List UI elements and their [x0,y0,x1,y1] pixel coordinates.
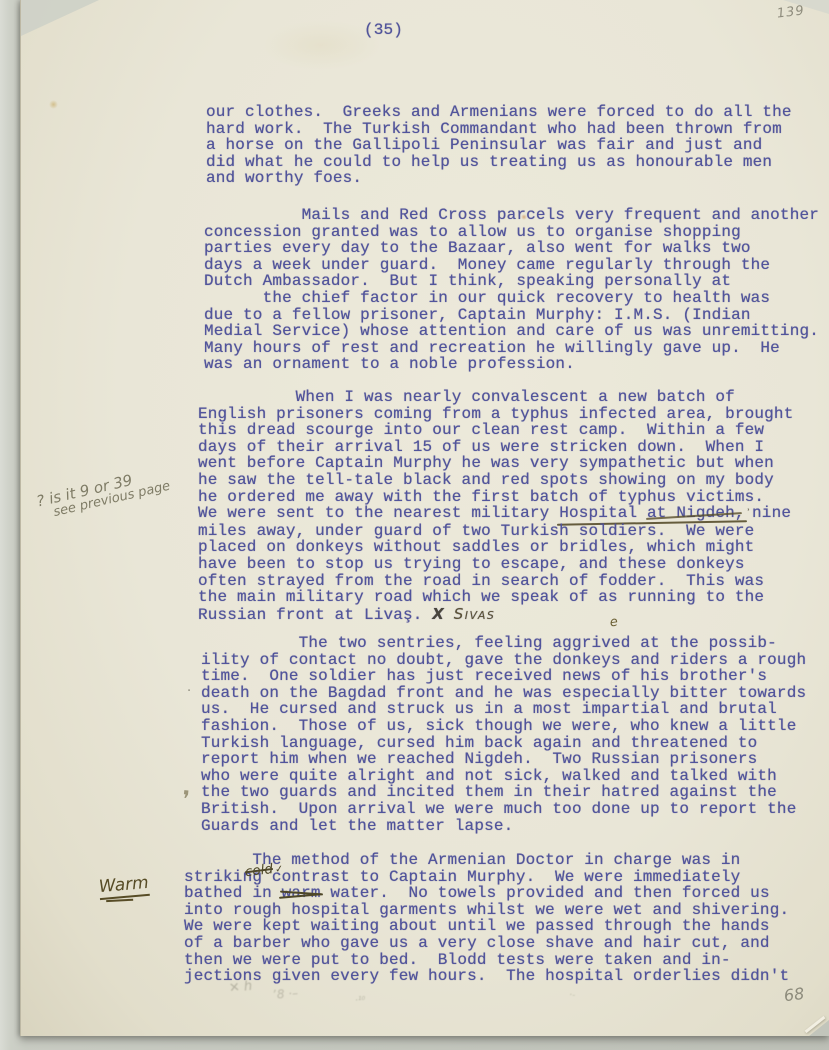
typescript-line: have been to stop us trying to escape, a… [198,556,793,573]
typescript-segment: ility of contact no doubt, gave the donk… [201,651,806,669]
typescript-line: then we were put to bed. Blodd tests wer… [184,952,789,969]
typescript-segment: our clothes. Greeks and Armenians were f… [206,103,792,121]
typescript-line: placed on donkeys without saddles or bri… [198,539,793,556]
typescript-segment: Hospital at Nigdeh, [559,504,744,522]
typescript-line: the chief factor in our quick recovery t… [204,290,819,307]
typescript-segment: nine [752,504,791,522]
typescript-segment: ʾ [745,507,752,521]
typescript-line: parties every day to the Bazaar, also we… [204,240,819,257]
typescript-segment: and worthy foes. [206,169,362,187]
typescript-segment: We were sent to the nearest military [198,504,559,522]
typescript-line: and worthy foes. [206,170,792,187]
typescript-paragraph: our clothes. Greeks and Armenians were f… [206,104,792,187]
typescript-line: was an ornament to a noble profession. [204,356,819,373]
typescript-segment: a horse on the Gallipoli Peninsular was … [206,136,762,154]
typescript-line: he ordered me away with the first batch … [198,489,793,506]
typescript-line: he saw the tell-tale black and red spots… [198,472,793,489]
margin-note-query: ? is it 9 or 39 see previous page [35,464,172,524]
paper-corner-top-left [21,0,99,36]
typescript-segment: We were kept waiting about until we pass… [184,917,770,935]
typescript-line: hard work. The Turkish Commandant who ha… [206,121,792,138]
typescript-segment: British. Upon arrival we were much too d… [201,800,796,818]
typescript-line: who were quite alright and not sick, wal… [201,768,806,785]
page-number: (35) [364,21,403,39]
typescript-segment: jections given every few hours. The hosp… [184,967,789,985]
typescript-segment: bathed in [184,884,282,902]
typescript-segment: Mails and Red Cross parcels very frequen… [204,206,819,224]
typescript-segment: Russian front at Livaş. [198,606,432,624]
typescript-segment: Sivas [454,605,496,623]
typescript-segment: us. He cursed and struck us in a most im… [201,700,777,718]
typescript-line: ility of contact no doubt, gave the donk… [201,652,806,669]
typescript-segment: of a barber who gave us a very close sha… [184,934,770,952]
typescript-line: Mails and Red Cross parcels very frequen… [204,207,819,224]
typescript-line: due to a fellow prisoner, Captain Murphy… [204,307,819,324]
typescript-line: of a barber who gave us a very close sha… [184,935,789,952]
margin-note-warm: Warm [98,874,150,900]
typescript-line: us. He cursed and struck us in a most im… [201,701,806,718]
typescript-line: English prisoners coming from a typhus i… [198,406,793,423]
typescript-segment: was an ornament to a noble profession. [204,355,575,373]
annotation-cold-word: cold [244,861,274,880]
insertion-mark: ❜ [181,787,191,814]
pencil-scribble: ✕ h [228,979,253,996]
typescript-segment: hard work. The Turkish Commandant who ha… [206,120,782,138]
typescript-line: into rough hospital garments whilst we w… [184,902,789,919]
typescript-segment: parties every day to the Bazaar, also we… [204,239,751,257]
typescript-segment: X [432,605,444,623]
typescript-line: Many hours of rest and recreation he wil… [204,340,819,357]
folio-number-bottom: 68 [783,985,805,1006]
typescript-line: a horse on the Gallipoli Peninsular was … [206,137,792,154]
typescript-segment: Guards and let the matter lapse. [201,817,513,835]
typescript-line: We were sent to the nearest military Hos… [198,505,793,523]
typescript-segment: the two guards and incited them in their… [201,783,777,801]
typescript-segment: due to a fellow prisoner, Captain Murphy… [204,306,751,324]
typescript-line: this dread scourge into our clean rest c… [198,422,793,439]
folio-number-top: 139 [776,4,805,22]
paper-stain [261,20,381,70]
typescript-line: Guards and let the matter lapse. [201,818,806,835]
paper-sheet: (35) 139 our clothes. Greeks and Armenia… [20,0,829,1036]
typescript-line: bathed in warm water. No towels provided… [184,885,789,902]
typescript-segment: the chief factor in our quick recovery t… [204,289,770,307]
typescript-line: days a week under guard. Money came regu… [204,257,819,274]
typescript-segment: he ordered me away with the first batch … [198,488,764,506]
typescript-line: our clothes. Greeks and Armenians were f… [206,104,792,121]
typescript-line: went before Captain Murphy he was very s… [198,455,793,472]
typescript-segment: Dutch Ambassador. But I think, speaking … [204,272,731,290]
typescript-line: The two sentries, feeling aggrived at th… [201,635,806,652]
typescript-segment: have been to stop us trying to escape, a… [198,555,745,573]
typescript-segment: When I was nearly convalescent a new bat… [198,388,735,406]
typescript-line: jections given every few hours. The hosp… [184,968,789,985]
typescript-line: often strayed from the road in search of… [198,573,793,590]
pencil-scribble: ʼ8 ·– [273,986,299,1002]
typescript-line: report him when we reached Nigdeh. Two R… [201,751,806,768]
typescript-segment: English prisoners coming from a typhus i… [198,405,793,423]
typescript-segment: the main military road which we speak of… [198,588,764,606]
typescript-line: did what he could to help us treating us… [206,154,792,171]
typescript-segment: he saw the tell-tale black and red spots… [198,471,774,489]
typescript-segment: warm [282,884,321,902]
typescript-paragraph: When I was nearly convalescent a new bat… [198,389,793,623]
typescript-line: We were kept waiting about until we pass… [184,918,789,935]
typescript-line: When I was nearly convalescent a new bat… [198,389,793,406]
annotation-cold-tick: ✓ [274,864,284,876]
typescript-segment: The two sentries, feeling aggrived at th… [201,634,777,652]
typescript-segment: placed on donkeys without saddles or bri… [198,538,754,556]
typescript-line: British. Upon arrival we were much too d… [201,801,806,818]
typescript-segment: fashion. Those of us, sick though we wer… [201,717,796,735]
typescript-line: concession granted was to allow us to or… [204,224,819,241]
typescript-segment: Medial Service) whose attention and care… [204,322,819,340]
typescript-line: time. One soldier has just received news… [201,668,806,685]
typescript-segment: this dread scourge into our clean rest c… [198,421,764,439]
typescript-line: days of their arrival 15 of us were stri… [198,439,793,456]
document-scan: (35) 139 our clothes. Greeks and Armenia… [0,0,829,1050]
typescript-line: the main military road which we speak of… [198,589,793,606]
typescript-paragraph: Mails and Red Cross parcels very frequen… [204,207,819,373]
typescript-paragraph: The two sentries, feeling aggrived at th… [201,635,806,834]
typescript-segment: report him when we reached Nigdeh. Two R… [201,750,757,768]
typescript-line: Russian front at Livaş. X Sivas [198,606,793,624]
pencil-scribble: ·¹⁰ [355,996,365,1006]
typescript-segment: time. One soldier has just received news… [201,667,767,685]
typescript-line: miles away, under guard of two Turkish s… [198,523,793,540]
typescript-segment: often strayed from the road in search of… [198,572,764,590]
typescript-line: the two guards and incited them in their… [201,784,806,801]
typescript-line: death on the Bagdad front and he was esp… [201,685,806,702]
typescript-segment: went before Captain Murphy he was very s… [198,454,774,472]
typescript-line: Medial Service) whose attention and care… [204,323,819,340]
typescript-line: fashion. Those of us, sick though we wer… [201,718,806,735]
typescript-segment [444,606,454,624]
pencil-scribble: ·˗ [569,990,575,1001]
typescript-segment: Turkish language, cursed him back again … [201,734,757,752]
typescript-line: Turkish language, cursed him back again … [201,735,806,752]
typescript-line: Dutch Ambassador. But I think, speaking … [204,273,819,290]
typescript-segment: then we were put to bed. Blodd tests wer… [184,951,731,969]
paper-stain [49,100,58,109]
typescript-segment: water. No towels provided and then force… [321,884,770,902]
typescript-segment: concession granted was to allow us to or… [204,223,741,241]
stray-pencil-dot: · [187,685,191,700]
